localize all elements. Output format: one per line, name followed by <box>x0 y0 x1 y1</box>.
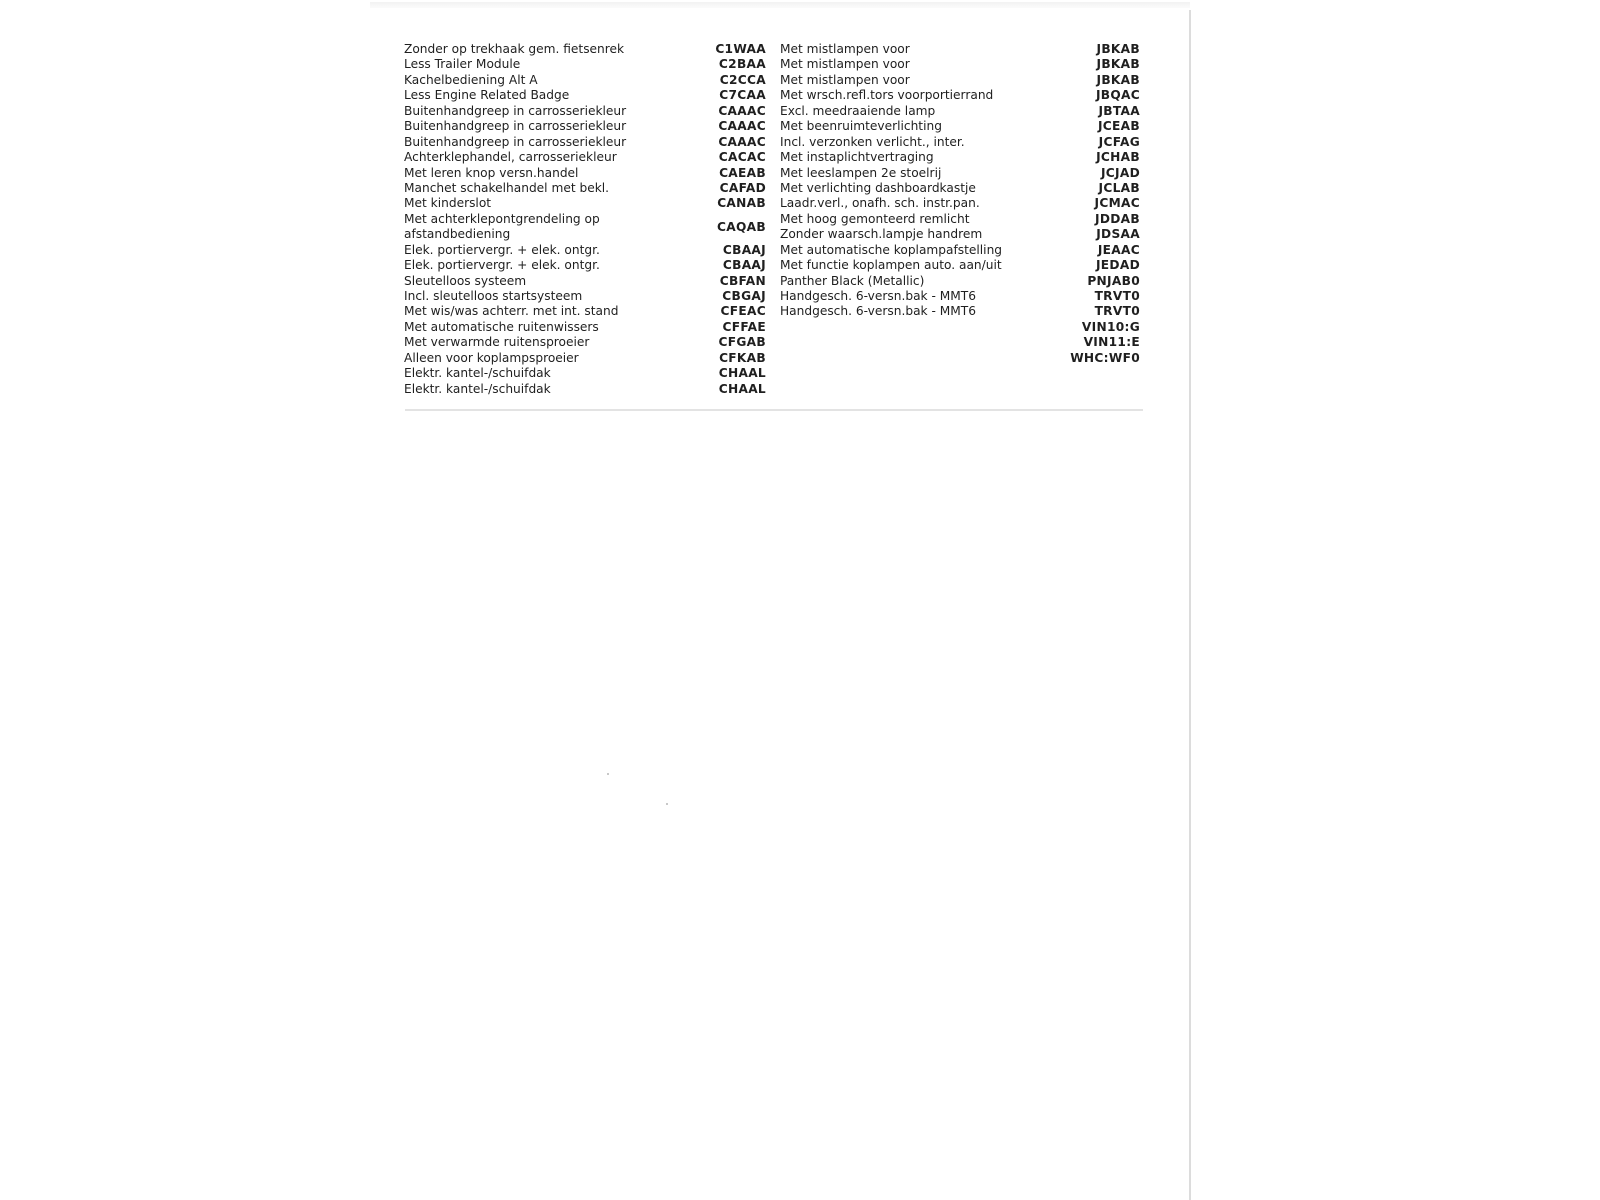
option-row: Met achterklepontgrendeling op afstandbe… <box>404 212 766 243</box>
option-row: Met verlichting dashboardkastjeJCLAB <box>780 181 1140 196</box>
option-description: Met leeslampen 2e stoelrij <box>780 166 941 181</box>
option-code: JBKAB <box>1097 42 1141 57</box>
option-row: Met hoog gemonteerd remlichtJDDAB <box>780 212 1140 227</box>
option-row: Buitenhandgreep in carrosseriekleurCAAAC <box>404 104 766 119</box>
option-code: CAFAD <box>720 181 766 196</box>
option-code: WHC:WF0 <box>1070 351 1140 366</box>
option-description: Less Engine Related Badge <box>404 88 569 103</box>
option-row: Met wis/was achterr. met int. standCFEAC <box>404 304 766 319</box>
option-row: Excl. meedraaiende lampJBTAA <box>780 104 1140 119</box>
option-code: C7CAA <box>719 88 766 103</box>
option-description: Zonder waarsch.lampje handrem <box>780 227 982 242</box>
option-description: Handgesch. 6-versn.bak - MMT6 <box>780 304 976 319</box>
option-code: CAAAC <box>718 104 766 119</box>
option-row: Handgesch. 6-versn.bak - MMT6TRVT0 <box>780 289 1140 304</box>
option-description: Met automatische ruitenwissers <box>404 320 599 335</box>
option-row: Zonder waarsch.lampje handremJDSAA <box>780 227 1140 242</box>
option-row: Elektr. kantel-/schuifdakCHAAL <box>404 382 766 397</box>
option-description: Met hoog gemonteerd remlicht <box>780 212 969 227</box>
option-description: Manchet schakelhandel met bekl. <box>404 181 609 196</box>
option-code: JBKAB <box>1097 57 1141 72</box>
option-code: CACAC <box>719 150 766 165</box>
option-description: Sleutelloos systeem <box>404 274 526 289</box>
option-code: PNJAB0 <box>1087 274 1140 289</box>
option-description: Buitenhandgreep in carrosseriekleur <box>404 104 626 119</box>
scan-dust-speck <box>666 803 668 805</box>
option-row: Met mistlampen voorJBKAB <box>780 57 1140 72</box>
option-description: Elek. portiervergr. + elek. ontgr. <box>404 243 600 258</box>
option-code: JBQAC <box>1096 88 1140 103</box>
option-code: CFKAB <box>719 351 766 366</box>
option-row: Met wrsch.refl.tors voorportierrandJBQAC <box>780 88 1140 103</box>
option-row: Elektr. kantel-/schuifdakCHAAL <box>404 366 766 381</box>
option-code: CBGAJ <box>722 289 766 304</box>
option-description: Met instaplichtvertraging <box>780 150 934 165</box>
option-row: Alleen voor koplampsproeierCFKAB <box>404 351 766 366</box>
option-code: CBAAJ <box>723 258 766 273</box>
option-row: Met mistlampen voorJBKAB <box>780 42 1140 57</box>
option-row: WHC:WF0 <box>780 351 1140 366</box>
option-row: Met automatische ruitenwissersCFFAE <box>404 320 766 335</box>
option-code: CHAAL <box>719 366 766 381</box>
option-code: C1WAA <box>715 42 766 57</box>
option-code: VIN10:G <box>1082 320 1140 335</box>
option-row: Achterklephandel, carrosseriekleurCACAC <box>404 150 766 165</box>
option-row: Met functie koplampen auto. aan/uitJEDAD <box>780 258 1140 273</box>
option-code: CAQAB <box>717 220 766 235</box>
option-row: Met leren knop versn.handelCAEAB <box>404 166 766 181</box>
option-code: JBTAA <box>1098 104 1140 119</box>
option-row: Manchet schakelhandel met bekl.CAFAD <box>404 181 766 196</box>
option-code: CHAAL <box>719 382 766 397</box>
option-description: Alleen voor koplampsproeier <box>404 351 579 366</box>
option-row: Met verwarmde ruitensproeierCFGAB <box>404 335 766 350</box>
option-description: Elektr. kantel-/schuifdak <box>404 366 551 381</box>
option-description: Handgesch. 6-versn.bak - MMT6 <box>780 289 976 304</box>
option-description: Met wrsch.refl.tors voorportierrand <box>780 88 993 103</box>
option-code: CFGAB <box>719 335 767 350</box>
option-description: Met mistlampen voor <box>780 73 910 88</box>
option-row: Zonder op trekhaak gem. fietsenrekC1WAA <box>404 42 766 57</box>
option-code: VIN11:E <box>1084 335 1140 350</box>
option-code: CFEAC <box>721 304 766 319</box>
option-row: Handgesch. 6-versn.bak - MMT6TRVT0 <box>780 304 1140 319</box>
options-column-right: Met mistlampen voorJBKABMet mistlampen v… <box>780 42 1140 366</box>
option-code: CAEAB <box>719 166 766 181</box>
option-description: Kachelbediening Alt A <box>404 73 538 88</box>
option-code: JDSAA <box>1096 227 1140 242</box>
option-row: Met automatische koplampafstellingJEAAC <box>780 243 1140 258</box>
option-description: Met achterklepontgrendeling op afstandbe… <box>404 212 614 243</box>
option-row: Incl. sleutelloos startsysteemCBGAJ <box>404 289 766 304</box>
option-code: JDDAB <box>1095 212 1140 227</box>
option-row: Met instaplichtvertragingJCHAB <box>780 150 1140 165</box>
scan-dust-speck <box>607 773 609 775</box>
option-code: CANAB <box>717 196 766 211</box>
option-code: CAAAC <box>718 135 766 150</box>
option-row: Panther Black (Metallic)PNJAB0 <box>780 274 1140 289</box>
option-row: Buitenhandgreep in carrosseriekleurCAAAC <box>404 135 766 150</box>
option-code: TRVT0 <box>1095 304 1140 319</box>
option-code: C2BAA <box>719 57 766 72</box>
option-description: Incl. verzonken verlicht., inter. <box>780 135 965 150</box>
option-code: CFFAE <box>723 320 766 335</box>
option-description: Zonder op trekhaak gem. fietsenrek <box>404 42 624 57</box>
option-description: Elek. portiervergr. + elek. ontgr. <box>404 258 600 273</box>
option-description: Achterklephandel, carrosseriekleur <box>404 150 617 165</box>
option-code: JCJAD <box>1101 166 1140 181</box>
option-description: Met wis/was achterr. met int. stand <box>404 304 618 319</box>
option-code: JCEAB <box>1098 119 1140 134</box>
option-description: Met automatische koplampafstelling <box>780 243 1002 258</box>
option-description: Met functie koplampen auto. aan/uit <box>780 258 1002 273</box>
table-bottom-separator <box>405 409 1143 411</box>
option-code: CBAAJ <box>723 243 766 258</box>
option-code: JEDAD <box>1096 258 1140 273</box>
option-description: Met mistlampen voor <box>780 57 910 72</box>
option-code: JBKAB <box>1097 73 1141 88</box>
option-description: Incl. sleutelloos startsysteem <box>404 289 582 304</box>
option-row: Kachelbediening Alt AC2CCA <box>404 73 766 88</box>
option-description: Excl. meedraaiende lamp <box>780 104 935 119</box>
option-row: VIN10:G <box>780 320 1140 335</box>
option-description: Met kinderslot <box>404 196 491 211</box>
option-row: Buitenhandgreep in carrosseriekleurCAAAC <box>404 119 766 134</box>
options-column-left: Zonder op trekhaak gem. fietsenrekC1WAAL… <box>404 42 766 397</box>
option-description: Laadr.verl., onafh. sch. instr.pan. <box>780 196 980 211</box>
option-code: JEAAC <box>1098 243 1140 258</box>
option-row: Met leeslampen 2e stoelrijJCJAD <box>780 166 1140 181</box>
option-row: Less Engine Related BadgeC7CAA <box>404 88 766 103</box>
option-row: Elek. portiervergr. + elek. ontgr.CBAAJ <box>404 243 766 258</box>
option-description: Buitenhandgreep in carrosseriekleur <box>404 135 626 150</box>
option-row: Met beenruimteverlichtingJCEAB <box>780 119 1140 134</box>
option-code: C2CCA <box>720 73 766 88</box>
option-description: Met beenruimteverlichting <box>780 119 942 134</box>
option-row: Met mistlampen voorJBKAB <box>780 73 1140 88</box>
option-code: JCLAB <box>1099 181 1140 196</box>
option-description: Met mistlampen voor <box>780 42 910 57</box>
option-code: JCMAC <box>1095 196 1140 211</box>
option-description: Met verwarmde ruitensproeier <box>404 335 589 350</box>
option-row: Laadr.verl., onafh. sch. instr.pan.JCMAC <box>780 196 1140 211</box>
option-description: Met leren knop versn.handel <box>404 166 578 181</box>
option-row: Sleutelloos systeemCBFAN <box>404 274 766 289</box>
option-code: JCFAG <box>1099 135 1140 150</box>
option-description: Met verlichting dashboardkastje <box>780 181 976 196</box>
option-code: CBFAN <box>720 274 766 289</box>
option-row: Less Trailer ModuleC2BAA <box>404 57 766 72</box>
option-code: JCHAB <box>1096 150 1140 165</box>
option-row: Elek. portiervergr. + elek. ontgr.CBAAJ <box>404 258 766 273</box>
scanned-page-top-edge <box>370 2 1190 8</box>
option-row: Met kinderslotCANAB <box>404 196 766 211</box>
option-code: CAAAC <box>718 119 766 134</box>
scanned-page-right-edge <box>1189 10 1191 1200</box>
option-description: Panther Black (Metallic) <box>780 274 924 289</box>
option-row: VIN11:E <box>780 335 1140 350</box>
option-description: Less Trailer Module <box>404 57 520 72</box>
option-row: Incl. verzonken verlicht., inter.JCFAG <box>780 135 1140 150</box>
option-description: Buitenhandgreep in carrosseriekleur <box>404 119 626 134</box>
option-code: TRVT0 <box>1095 289 1140 304</box>
option-description: Elektr. kantel-/schuifdak <box>404 382 551 397</box>
